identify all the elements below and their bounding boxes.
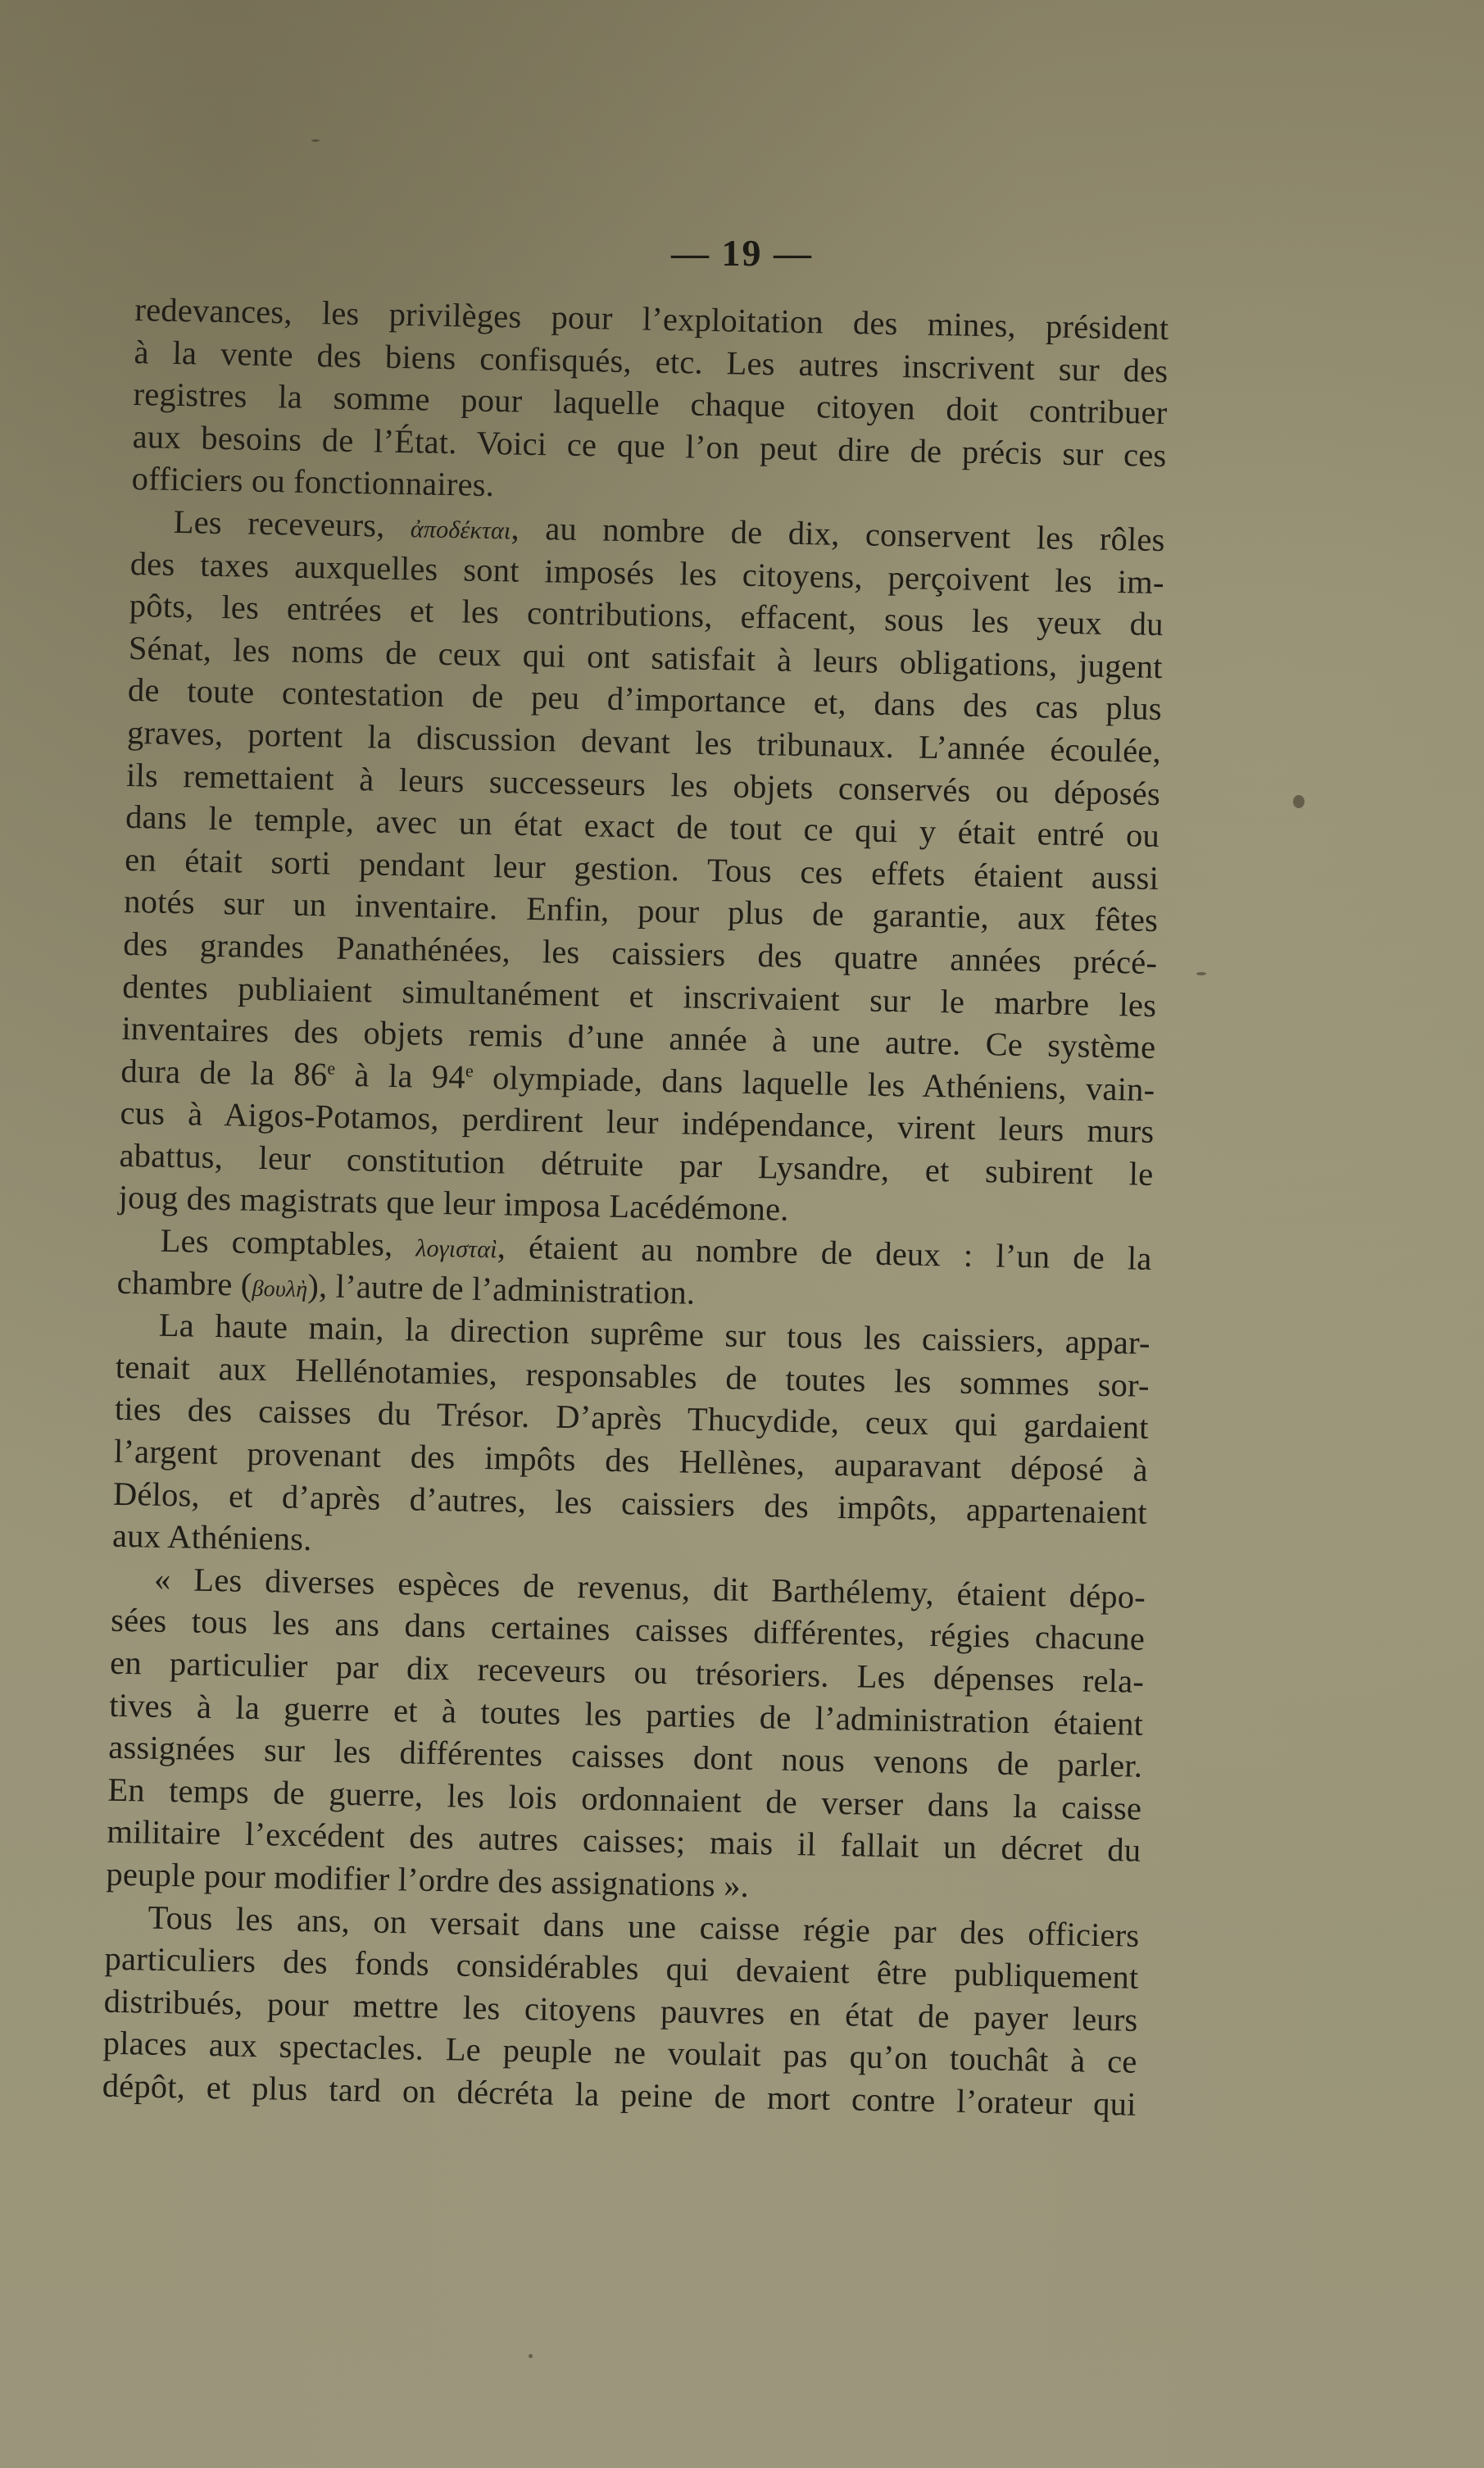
greek-term: ἀποδέκται [411, 516, 511, 544]
body-text: redevances, les privilèges pour l’exploi… [102, 289, 1169, 2125]
paragraph: Tous les ans, on versait dans une caisse… [102, 1895, 1140, 2125]
paragraph-quotation: « Les diverses espèces de revenus, dit B… [106, 1557, 1146, 1915]
paragraph: La haute main, la direction suprême sur … [112, 1303, 1150, 1576]
page-number: — 19 — [0, 231, 1484, 275]
paragraph: Les receveurs, ἀποδέκται, au nombre de d… [118, 500, 1165, 1238]
scanned-book-page: — 19 — redevances, les privilèges pour l… [0, 0, 1484, 2468]
paper-speck [529, 2354, 533, 2358]
paper-speck [1196, 972, 1206, 975]
greek-term: βουλὴ [252, 1275, 307, 1302]
paper-speck [1293, 795, 1305, 808]
superscript: e [327, 1057, 335, 1078]
paper-speck [311, 139, 320, 142]
greek-term: λογισταὶ [415, 1235, 497, 1264]
paragraph: redevances, les privilèges pour l’exploi… [131, 289, 1169, 519]
